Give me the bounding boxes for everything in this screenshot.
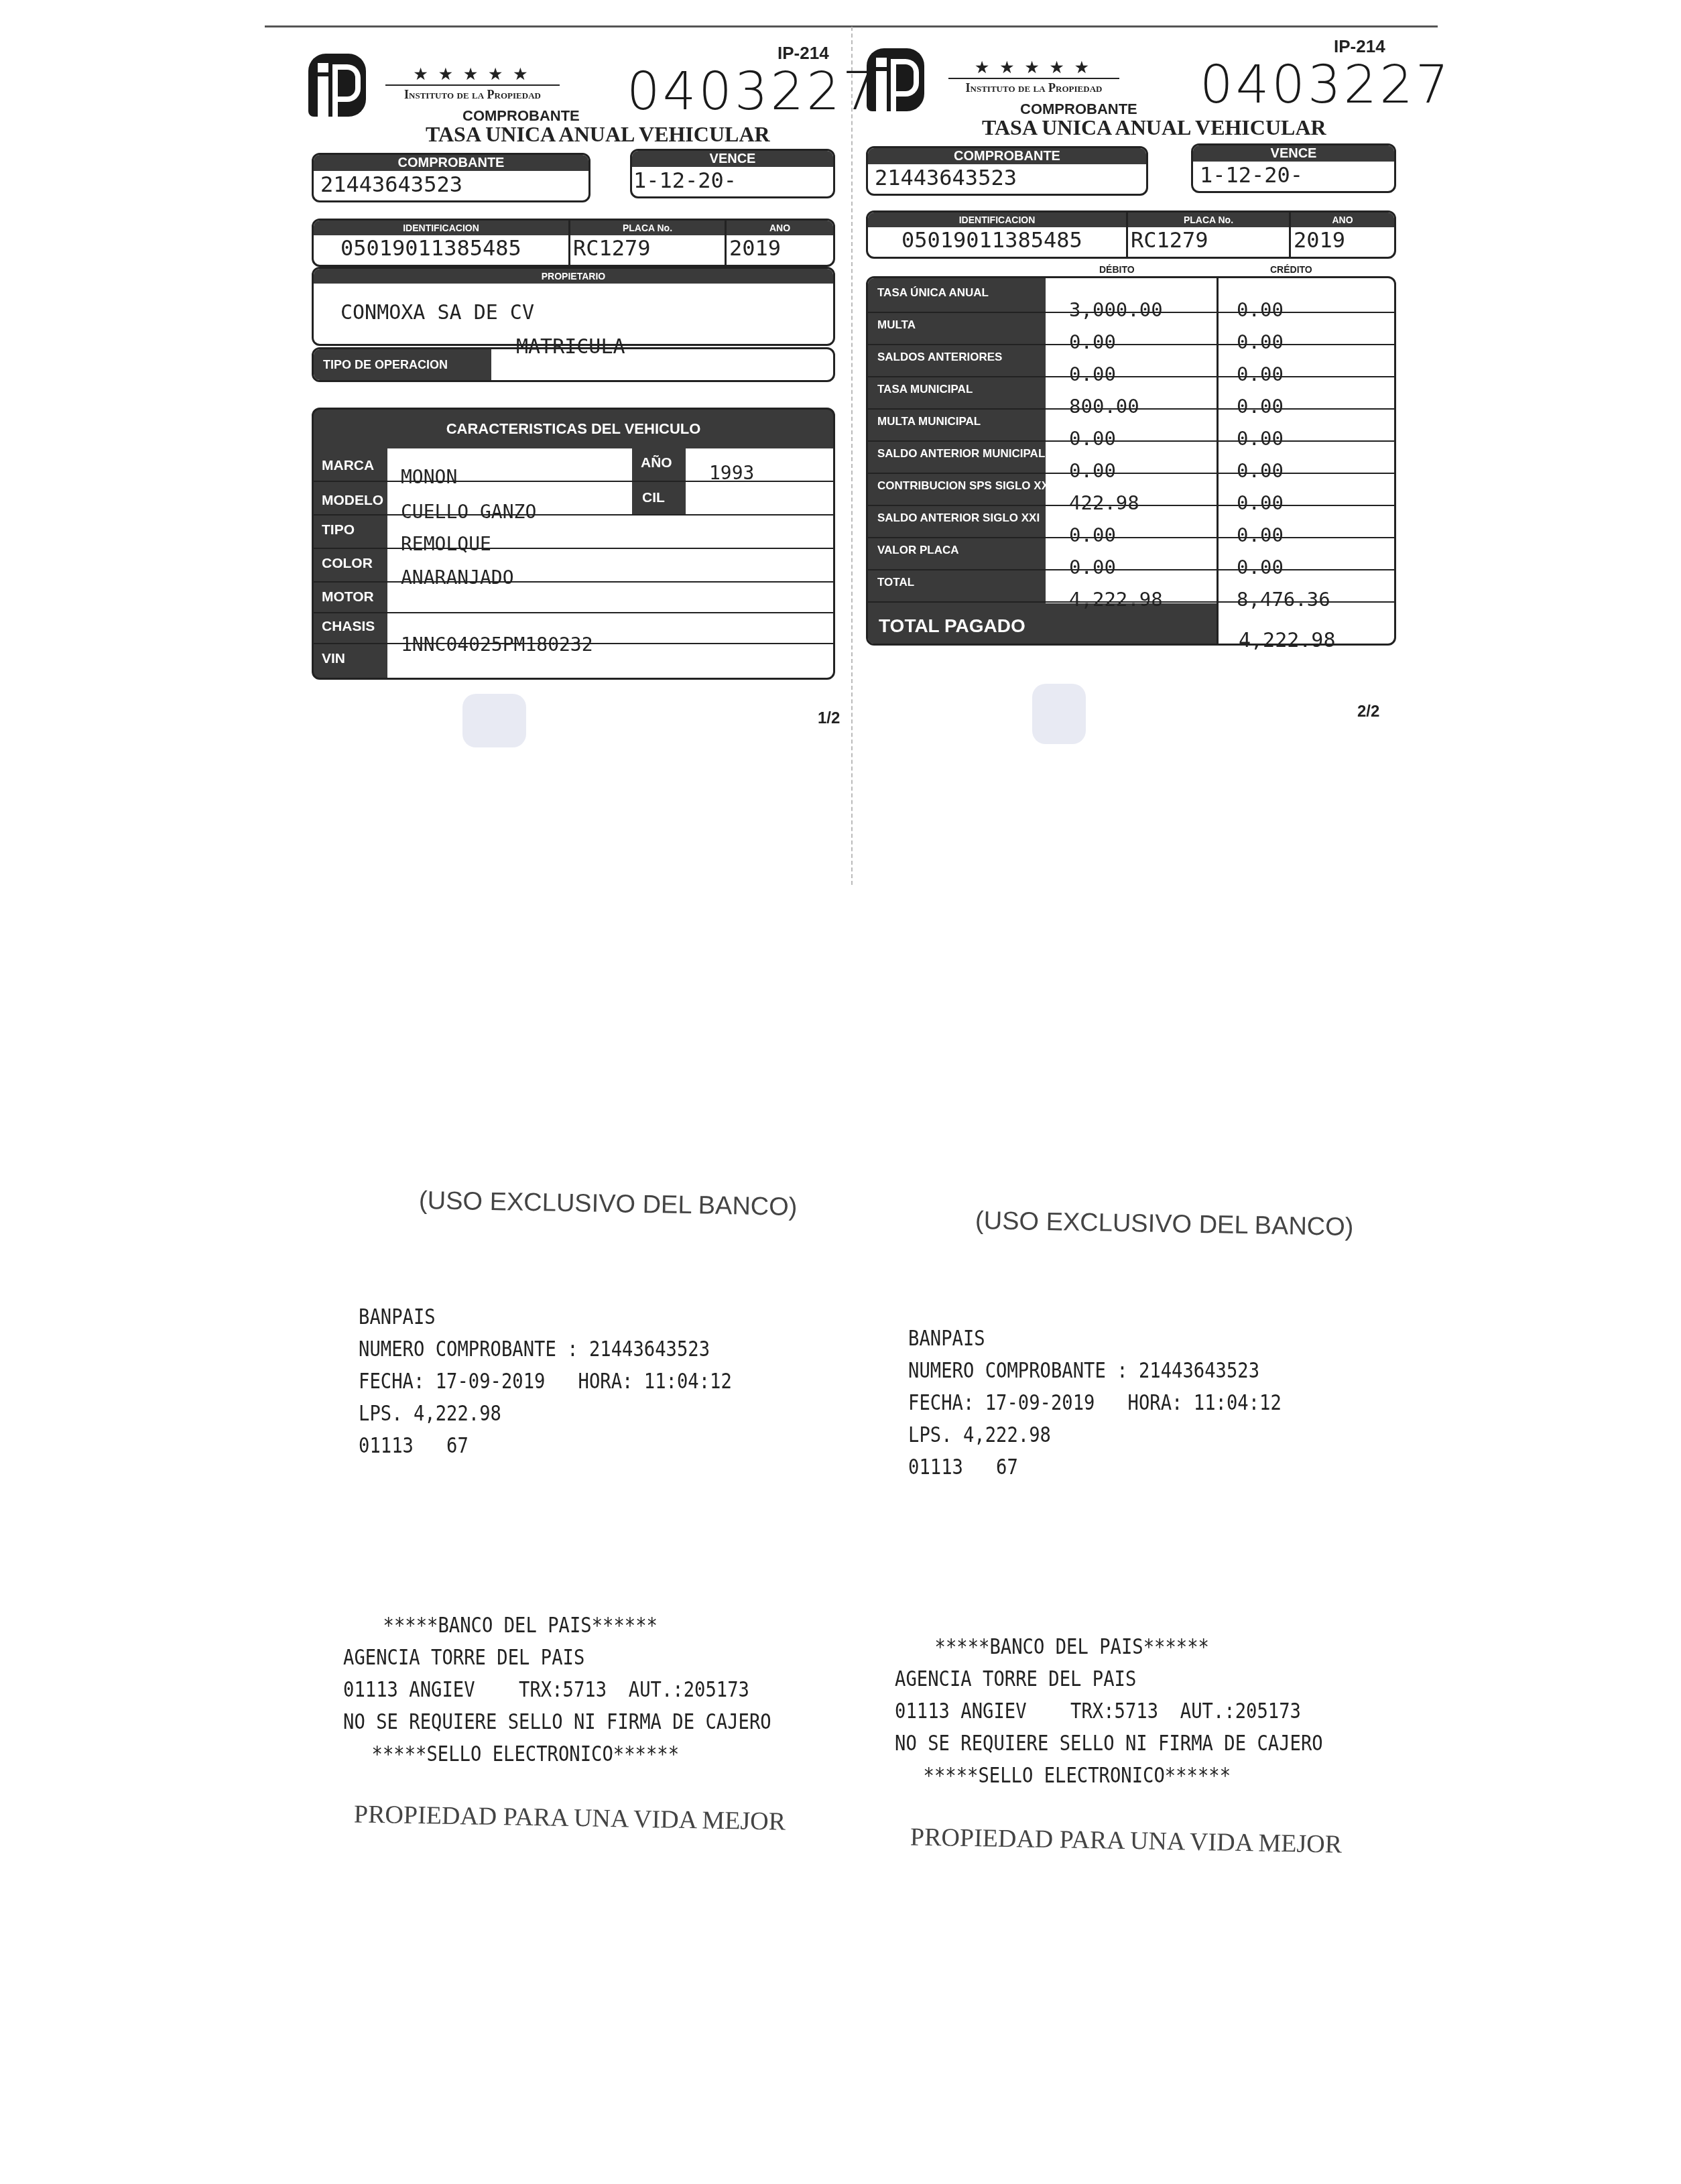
transaction-line: 01113 ANGIEV TRX:5713 AUT.:205173	[343, 1673, 771, 1705]
marca-label: MARCA	[322, 458, 374, 474]
identification-box: IDENTIFICACION 05019011385485 PLACA No. …	[866, 210, 1396, 259]
fee-label: CONTRIBUCION SPS SIGLO XXI	[877, 479, 1052, 493]
numero-comprobante: NUMERO COMPROBANTE : 21443643523	[908, 1354, 1282, 1386]
fee-debito: 800.00	[1069, 395, 1139, 418]
slogan: PROPIEDAD PARA UNA VIDA MEJOR	[354, 1799, 786, 1836]
ip-logo-icon	[867, 48, 924, 111]
slogan: PROPIEDAD PARA UNA VIDA MEJOR	[910, 1822, 1343, 1859]
identificacion-value: 05019011385485	[868, 227, 1126, 253]
fees-table: TASA ÚNICA ANUAL3,000.000.00MULTA0.000.0…	[866, 276, 1396, 646]
color-label: COLOR	[322, 556, 373, 572]
row-divider	[868, 344, 1394, 345]
row-divider	[868, 569, 1394, 570]
row-divider	[868, 537, 1394, 538]
fecha-hora: FECHA: 17-09-2019 HORA: 11:04:12	[908, 1386, 1282, 1418]
amount-paid: LPS. 4,222.98	[908, 1418, 1282, 1451]
fee-label: SALDO ANTERIOR MUNICIPAL	[877, 447, 1045, 461]
serial-number: 0403227	[627, 62, 878, 122]
vin-label: VIN	[322, 651, 345, 667]
watermark-stamp	[1032, 684, 1086, 744]
fee-label: SALDO ANTERIOR SIGLO XXI	[877, 511, 1040, 525]
fee-label: MULTA MUNICIPAL	[877, 415, 981, 428]
propietario-value: CONMOXA SA DE CV	[314, 284, 833, 324]
identificacion-value: 05019011385485	[314, 235, 568, 261]
page-divider	[851, 27, 853, 885]
row-divider	[868, 376, 1394, 377]
bank-use-header: (USO EXCLUSIVO DEL BANCO)	[975, 1207, 1354, 1242]
identificacion-label: IDENTIFICACION	[314, 221, 568, 235]
agency-name: AGENCIA TORRE DEL PAIS	[895, 1662, 1323, 1695]
placa-label: PLACA No.	[570, 221, 725, 235]
form-code: IP-214	[777, 43, 829, 64]
fee-label: MULTA	[877, 318, 916, 332]
vence-value: 1-12-20-	[632, 167, 833, 194]
bank-receipt-bottom: *****BANCO DEL PAIS******AGENCIA TORRE D…	[895, 1630, 1323, 1791]
ano-value: 2019	[1291, 227, 1394, 253]
vehicle-ano-value: 1993	[709, 462, 754, 484]
total-pagado-label: TOTAL PAGADO	[879, 615, 1025, 637]
agency-line: 01113 67	[908, 1451, 1282, 1483]
comprobante-value: 21443643523	[314, 171, 588, 198]
electronic-seal: *****SELLO ELECTRONICO******	[895, 1759, 1323, 1791]
marca-value: MONON	[401, 466, 457, 488]
bank-name: *****BANCO DEL PAIS******	[895, 1630, 1323, 1662]
comprobante-box: COMPROBANTE 21443643523	[312, 153, 590, 202]
numero-comprobante: NUMERO COMPROBANTE : 21443643523	[359, 1333, 732, 1365]
bank-receipt-bottom: *****BANCO DEL PAIS******AGENCIA TORRE D…	[343, 1609, 771, 1770]
watermark-stamp	[462, 694, 526, 747]
fee-credito: 0.00	[1237, 363, 1284, 385]
propietario-label: PROPIETARIO	[314, 269, 833, 284]
vence-value: 1-12-20-	[1193, 162, 1394, 188]
fee-debito: 0.00	[1069, 427, 1116, 450]
page-indicator-1: 1/2	[818, 709, 840, 728]
fee-credito: 0.00	[1237, 330, 1284, 353]
bank-receipt-top: BANPAISNUMERO COMPROBANTE : 21443643523F…	[359, 1300, 732, 1461]
institution-name: ★ ★ ★ ★ ★ Instituto de la Propiedad	[948, 59, 1119, 95]
fee-credito: 0.00	[1237, 491, 1284, 514]
vence-label: VENCE	[1193, 145, 1394, 162]
bank-receipt-top: BANPAISNUMERO COMPROBANTE : 21443643523F…	[908, 1322, 1282, 1483]
propietario-box: PROPIETARIO CONMOXA SA DE CV	[312, 267, 835, 346]
agency-line: 01113 67	[359, 1429, 732, 1461]
institution-name: ★ ★ ★ ★ ★ Instituto de la Propiedad	[385, 66, 560, 102]
fee-debito: 0.00	[1069, 330, 1116, 353]
total-pagado-value: 4,222.98	[1239, 629, 1336, 652]
debito-header: DÉBITO	[1099, 264, 1135, 275]
chasis-label: CHASIS	[322, 619, 375, 635]
vehicle-section-title: CARACTERISTICAS DEL VEHICULO	[314, 410, 833, 448]
vence-label: VENCE	[632, 151, 833, 167]
motor-label: MOTOR	[322, 589, 374, 605]
cashier-note: NO SE REQUIERE SELLO NI FIRMA DE CAJERO	[343, 1705, 771, 1738]
vehicle-ano-label: AÑO	[641, 455, 672, 471]
ano-label: ANO	[727, 221, 833, 235]
cil-label: CIL	[642, 490, 665, 506]
amount-paid: LPS. 4,222.98	[359, 1397, 732, 1429]
comprobante-label: COMPROBANTE	[314, 155, 588, 171]
comprobante-box: COMPROBANTE 21443643523	[866, 146, 1148, 196]
ip-logo-icon	[308, 54, 366, 117]
fee-credito: 0.00	[1237, 556, 1284, 579]
bank-use-header: (USO EXCLUSIVO DEL BANCO)	[419, 1187, 798, 1222]
transaction-line: 01113 ANGIEV TRX:5713 AUT.:205173	[895, 1695, 1323, 1727]
vence-box: VENCE 1-12-20-	[1191, 143, 1396, 193]
placa-value: RC1279	[570, 235, 725, 261]
fee-label: TASA MUNICIPAL	[877, 383, 973, 396]
tipo-operacion-value: MATRICULA	[516, 335, 625, 359]
document-title: TASA UNICA ANUAL VEHICULAR	[982, 115, 1326, 140]
fee-credito: 0.00	[1237, 395, 1284, 418]
identification-box: IDENTIFICACION 05019011385485 PLACA No. …	[312, 219, 835, 267]
fee-debito: 0.00	[1069, 556, 1116, 579]
fee-credito: 0.00	[1237, 459, 1284, 482]
identificacion-label: IDENTIFICACION	[868, 213, 1126, 227]
fee-label: SALDOS ANTERIORES	[877, 351, 1002, 364]
bank-code: BANPAIS	[908, 1322, 1282, 1354]
agency-name: AGENCIA TORRE DEL PAIS	[343, 1641, 771, 1673]
color-value: ANARANJADO	[401, 566, 514, 589]
fee-credito: 0.00	[1237, 427, 1284, 450]
form-code: IP-214	[1334, 36, 1385, 57]
page-indicator-2: 2/2	[1357, 703, 1379, 721]
fee-debito: 422.98	[1069, 491, 1139, 514]
vence-box: VENCE 1-12-20-	[630, 149, 835, 198]
fee-credito: 0.00	[1237, 524, 1284, 546]
fecha-hora: FECHA: 17-09-2019 HORA: 11:04:12	[359, 1365, 732, 1397]
tipo-operacion-label: TIPO DE OPERACION	[314, 349, 491, 380]
fee-debito: 0.00	[1069, 459, 1116, 482]
fee-credito: 8,476.36	[1237, 588, 1330, 611]
fee-debito: 4,222.98	[1069, 588, 1163, 611]
serial-number: 0403227	[1200, 55, 1451, 115]
tipo-value: REMOLQUE	[401, 533, 491, 555]
bank-name: *****BANCO DEL PAIS******	[343, 1609, 771, 1641]
row-divider	[868, 440, 1394, 442]
fee-credito: 0.00	[1237, 298, 1284, 321]
modelo-value: CUELLO GANZO	[401, 501, 536, 523]
document-title: TASA UNICA ANUAL VEHICULAR	[426, 122, 770, 147]
row-divider	[868, 473, 1394, 474]
fee-debito: 0.00	[1069, 363, 1116, 385]
electronic-seal: *****SELLO ELECTRONICO******	[343, 1738, 771, 1770]
credito-header: CRÉDITO	[1270, 264, 1312, 275]
fee-label: TOTAL	[877, 576, 914, 589]
placa-label: PLACA No.	[1128, 213, 1289, 227]
modelo-label: MODELO	[322, 493, 383, 509]
comprobante-value: 21443643523	[868, 164, 1146, 191]
cashier-note: NO SE REQUIERE SELLO NI FIRMA DE CAJERO	[895, 1727, 1323, 1759]
ano-value: 2019	[727, 235, 833, 261]
fee-debito: 3,000.00	[1069, 298, 1163, 321]
comprobante-label: COMPROBANTE	[868, 148, 1146, 164]
fee-label: VALOR PLACA	[877, 544, 959, 557]
ano-label: ANO	[1291, 213, 1394, 227]
fee-label: TASA ÚNICA ANUAL	[877, 286, 989, 300]
fee-debito: 0.00	[1069, 524, 1116, 546]
tipo-label: TIPO	[322, 522, 355, 538]
chasis-value: 1NNC04025PM180232	[401, 633, 593, 656]
placa-value: RC1279	[1128, 227, 1289, 253]
vehicle-characteristics-box: CARACTERISTICAS DEL VEHICULO MARCA MODEL…	[312, 408, 835, 680]
bank-code: BANPAIS	[359, 1300, 732, 1333]
